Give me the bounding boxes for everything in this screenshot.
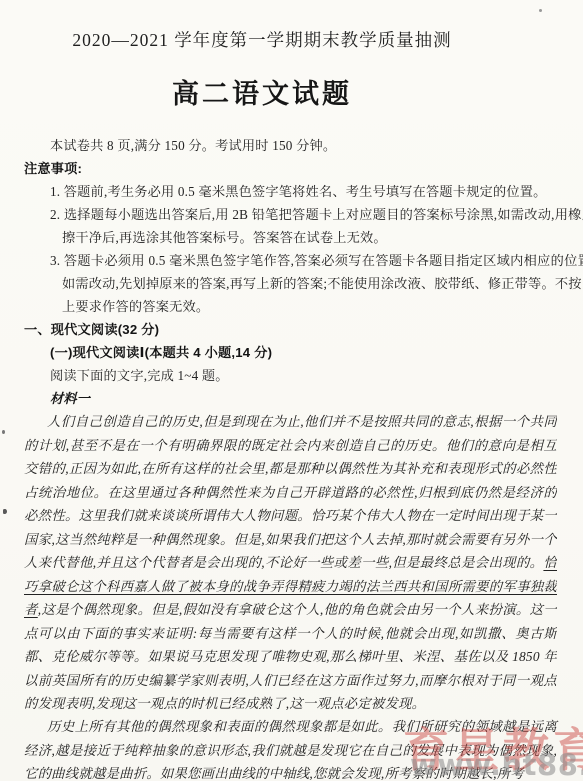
paper-title: 高二语文试题 [24, 72, 500, 111]
scan-speck [2, 430, 5, 434]
read-instruction: 阅读下面的文字,完成 1~4 题。 [24, 364, 583, 387]
scan-speck [3, 509, 7, 514]
scan-speck [539, 9, 542, 12]
notice-item-2: 2. 选择题每小题选出答案后,用 2B 铅笔把答题卡上对应题目的答案标号涂黑,如… [24, 203, 583, 249]
section-heading: 一、现代文阅读(32 分) [24, 318, 557, 341]
exam-session-subtitle: 2020—2021 学年度第一学期期末教学质量抽测 [24, 27, 500, 52]
watermark-site-url: www.ht88.com [410, 748, 583, 781]
section-subheading: (一)现代文阅读Ⅰ(本题共 4 小题,14 分) [24, 341, 583, 364]
exam-info-line: 本试卷共 8 页,满分 150 分。考试用时 150 分钟。 [24, 134, 557, 157]
notice-item-1: 1. 答题前,考生务必用 0.5 毫米黑色签字笔将姓名、考生号填写在答题卡规定的… [24, 180, 583, 203]
paragraph-text: 人们自己创造自己的历史,但是到现在为止,他们并不是按照共同的意志,根据一个共同的… [24, 414, 557, 570]
notice-item-3: 3. 答题卡必须用 0.5 毫米黑色签字笔作答,答案必须写在答题卡各题目指定区域… [24, 249, 583, 318]
exam-paper-page: 2020—2021 学年度第一学期期末教学质量抽测 高二语文试题 本试卷共 8 … [0, 0, 583, 781]
notice-heading: 注意事项: [24, 157, 557, 180]
material-label: 材料一 [24, 387, 583, 410]
material-paragraph-1: 人们自己创造自己的历史,但是到现在为止,他们并不是按照共同的意志,根据一个共同的… [24, 410, 557, 716]
paragraph-text: ,这是个偶然现象。但是,假如没有拿破仑这个人,他的角色就会由另一个人来扮演。这一… [24, 602, 557, 711]
